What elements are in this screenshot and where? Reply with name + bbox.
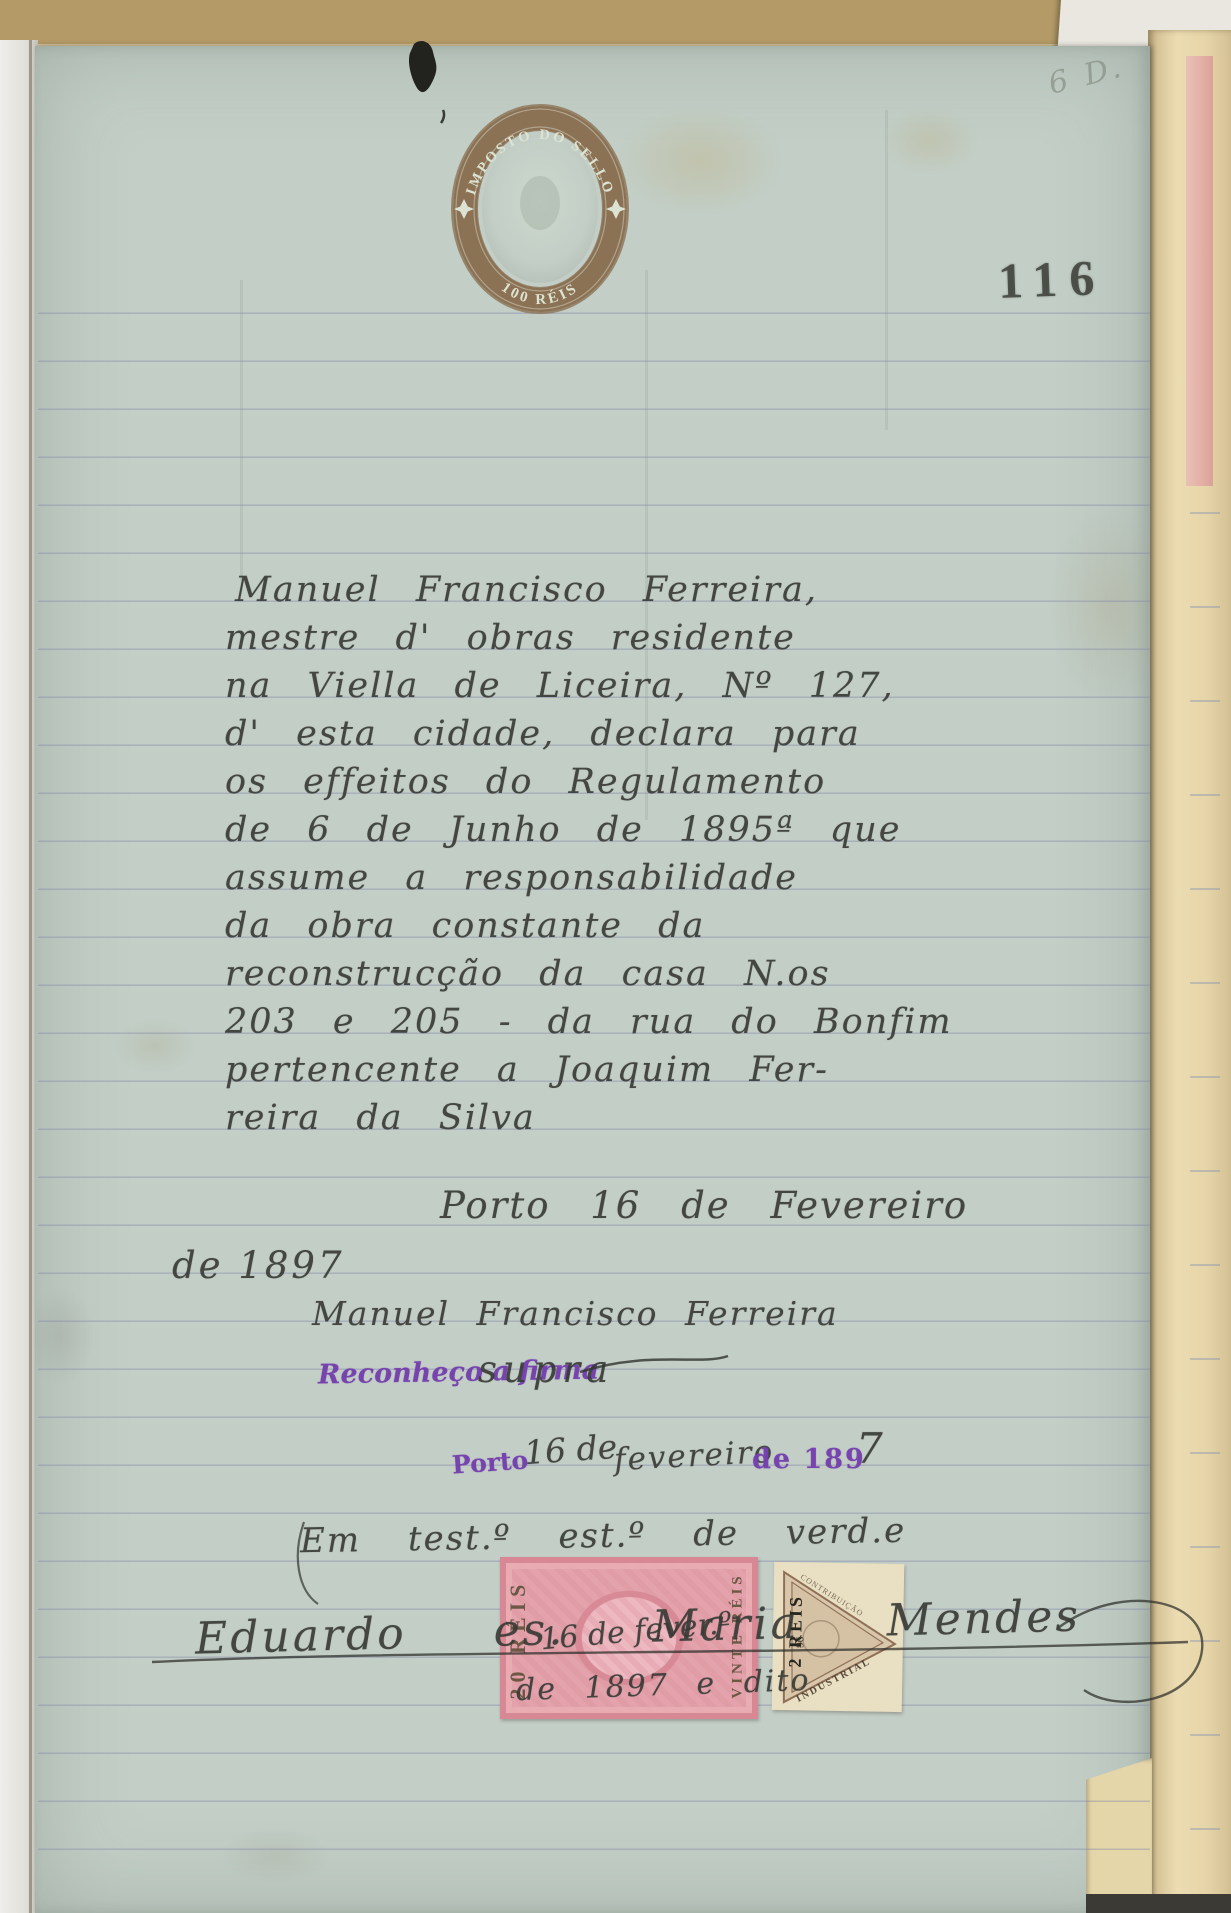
- manuscript-line: na Viella de Liceira, Nº 127,: [225, 662, 1085, 710]
- scanned-manuscript-page: IMPOSTO DO SELLO 100 RÉIS 116 6 D. Manue…: [0, 0, 1231, 1913]
- manuscript-line: d' esta cidade, declara para: [225, 710, 1085, 758]
- manuscript-line: de 6 de Junho de 1895ª que: [225, 806, 1085, 854]
- declarant-signature: Manuel Francisco Ferreira: [312, 1294, 839, 1333]
- manuscript-line: Manuel Francisco Ferreira,: [225, 566, 1095, 614]
- manuscript-line: assume a responsabilidade: [225, 854, 1085, 902]
- manuscript-line: 203 e 205 - da rua do Bonfim: [225, 998, 1085, 1046]
- manuscript-line: reconstrucção da casa N.os: [225, 950, 1085, 998]
- dateline-year: de 1897: [172, 1244, 345, 1287]
- scan-background-bottom: [1086, 1894, 1231, 1913]
- next-page-ruled-marks: [1190, 420, 1220, 1850]
- manuscript-line: pertencente a Joaquim Fer-: [225, 1046, 1085, 1094]
- manuscript-line: da obra constante da: [225, 902, 1085, 950]
- date-stamp-year-ink: 7: [856, 1424, 883, 1473]
- date-stamp-day-ink: 16 de: [523, 1427, 619, 1472]
- manuscript-line: os effeitos do Regulamento: [225, 758, 1085, 806]
- date-stamp-year-print: de 189: [752, 1444, 866, 1475]
- folio-number: 116: [997, 248, 1107, 310]
- date-stamp-city: Porto: [451, 1445, 529, 1479]
- manuscript-line: reira da Silva: [225, 1094, 1085, 1142]
- left-binding-strip: [0, 40, 38, 1913]
- left-binding-line: [29, 40, 32, 1913]
- dateline-city-day: Porto 16 de Fevereiro: [440, 1184, 968, 1227]
- manuscript-line: mestre d' obras residente: [225, 614, 1085, 662]
- recognition-note: supra: [478, 1348, 614, 1391]
- embossed-revenue-seal: IMPOSTO DO SELLO 100 RÉIS: [450, 103, 630, 315]
- embossed-crest: [520, 176, 560, 230]
